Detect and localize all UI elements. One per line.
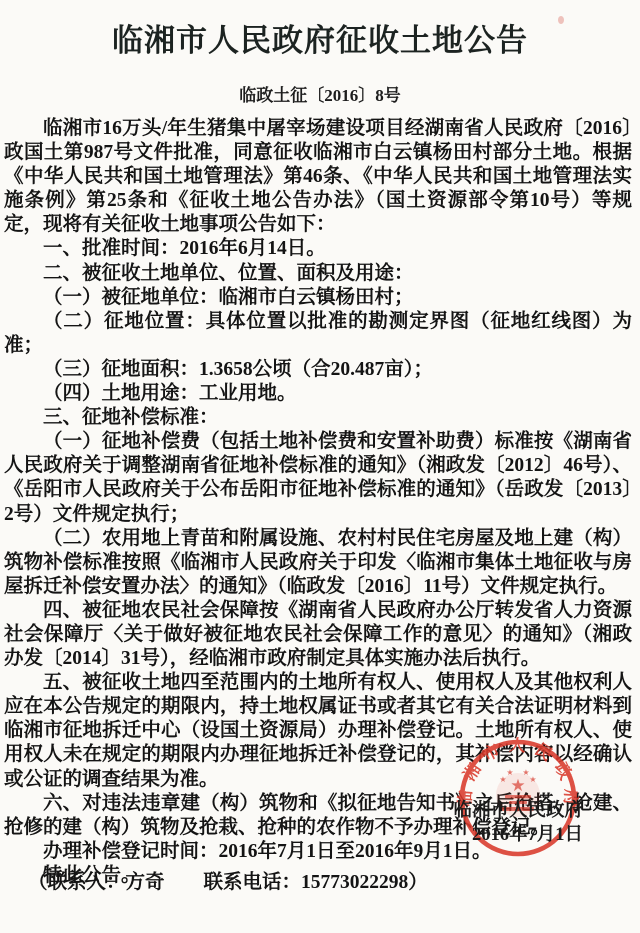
- scan-speck-decoration: [558, 16, 564, 24]
- paragraph: （三）征地面积：1.3658公顷（合20.487亩）；: [4, 358, 632, 382]
- signature-block: 临湘市人民政府 2016年7月1日: [453, 799, 583, 847]
- contact-info: （联系人：方奇 联系电话：15773022298）: [28, 866, 428, 894]
- paragraph: 二、被征收土地单位、位置、面积及用途：: [4, 262, 632, 286]
- paragraph: 一、批准时间：2016年6月14日。: [4, 237, 632, 261]
- svg-text:★: ★: [506, 768, 513, 777]
- page-title: 临湘市人民政府征收土地公告: [0, 15, 640, 60]
- document-page: 临湘市人民政府征收土地公告 临政土征〔2016〕8号 临湘市16万头/年生猪集中…: [0, 0, 640, 933]
- paragraph: （一）征地补偿费（包括土地补偿费和安置补助费）标准按《湖南省人民政府关于调整湖南…: [4, 430, 632, 526]
- svg-text:★: ★: [529, 775, 536, 784]
- paragraph: 三、征地补偿标准：: [4, 406, 632, 430]
- signature-issuer: 临湘市人民政府: [453, 799, 583, 823]
- paragraph: 临湘市16万头/年生猪集中屠宰场建设项目经湖南省人民政府〔2016〕政国土第98…: [4, 117, 632, 237]
- paragraph: （二）征地位置：具体位置以批准的勘测定界图（征地红线图）为准；: [4, 310, 632, 358]
- paragraph: （二）农用地上青苗和附属设施、农村村民住宅房屋及地上建（构）筑物补偿标准按照《临…: [4, 527, 632, 599]
- paragraph: （一）被征地单位：临湘市白云镇杨田村；: [4, 286, 632, 310]
- svg-text:★: ★: [510, 776, 525, 796]
- doc-number: 临政土征〔2016〕8号: [0, 81, 640, 106]
- paragraph: 四、被征地农民社会保障按《湖南省人民政府办公厅转发省人力资源社会保障厅〈关于做好…: [4, 599, 632, 671]
- paragraph: （四）土地用途：工业用地。: [4, 382, 632, 406]
- signature-date: 2016年7月1日: [453, 823, 583, 847]
